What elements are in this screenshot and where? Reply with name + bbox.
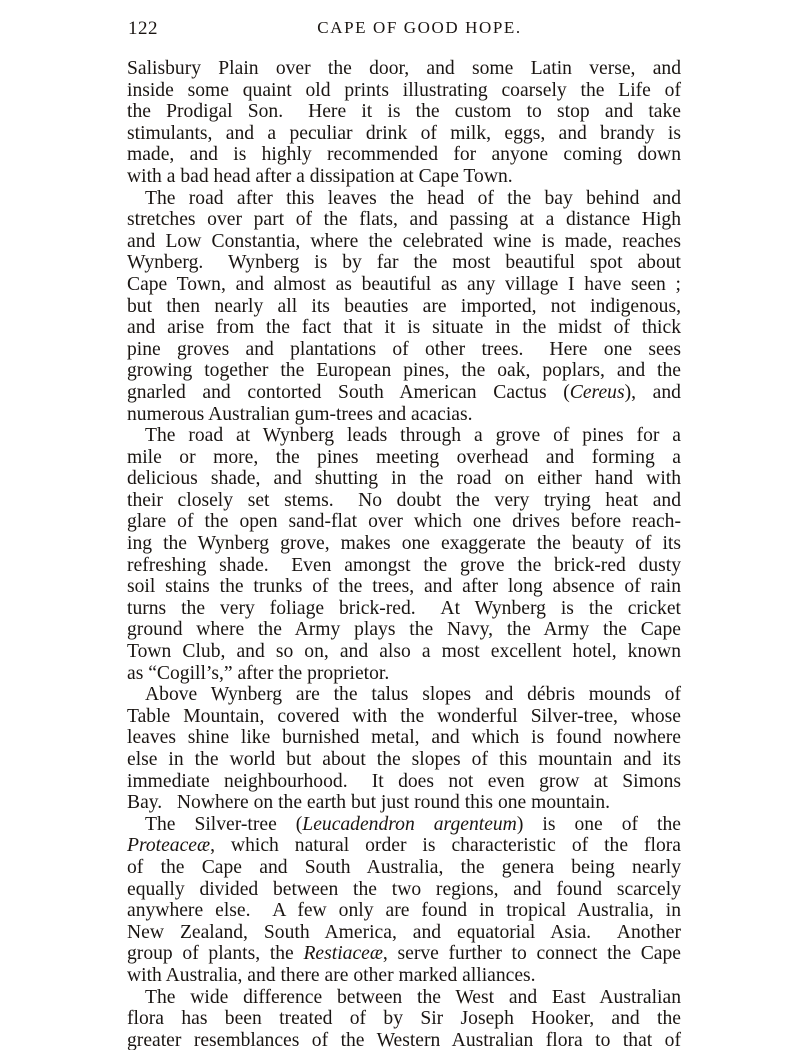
text-line: soil stains the trunks of the trees, and… [127, 576, 681, 598]
italic-term: Proteaceæ [127, 835, 210, 856]
text-line: pine groves and plantations of other tre… [127, 339, 681, 361]
paragraph: The road at Wynberg leads through a grov… [127, 425, 681, 684]
text-line: refreshing shade. Even amongst the grove… [127, 555, 681, 577]
paragraph: The wide difference between the West and… [127, 987, 681, 1050]
text-line: else in the world but about the slopes o… [127, 749, 681, 771]
text-line: leaves shine like burnished metal, and w… [127, 727, 681, 749]
running-title: CAPE OF GOOD HOPE. [128, 18, 681, 38]
text-line: with a bad head after a dissipation at C… [127, 166, 681, 188]
text-line: Table Mountain, covered with the wonderf… [127, 706, 681, 728]
text-line: group of plants, the Restiaceæ, serve fu… [127, 943, 681, 965]
text-line: equally divided between the two regions,… [127, 879, 681, 901]
text-line: made, and is highly recommended for anyo… [127, 144, 681, 166]
text-line: inside some quaint old prints illustrati… [127, 80, 681, 102]
text-line: of the Cape and South Australia, the gen… [127, 857, 681, 879]
text-line: flora has been treated of by Sir Joseph … [127, 1008, 681, 1030]
text-line: Proteaceæ, which natural order is charac… [127, 835, 681, 857]
text-line: immediate neighbourhood. It does not eve… [127, 771, 681, 793]
text-line: stimulants, and a peculiar drink of milk… [127, 123, 681, 145]
italic-term: Cereus [570, 382, 625, 403]
paragraph: Salisbury Plain over the door, and some … [127, 58, 681, 188]
body-text: Salisbury Plain over the door, and some … [127, 58, 681, 1050]
text-line: ing the Wynberg grove, makes one exagger… [127, 533, 681, 555]
text-line: The Silver-tree (Leucadendron argenteum)… [127, 814, 681, 836]
text-line: Town Club, and so on, and also a most ex… [127, 641, 681, 663]
text-line: stretches over part of the flats, and pa… [127, 209, 681, 231]
paragraph: The road after this leaves the head of t… [127, 188, 681, 426]
text-line: ground where the Army plays the Navy, th… [127, 619, 681, 641]
text-line: The road at Wynberg leads through a grov… [127, 425, 681, 447]
text-line: and Low Constantia, where the celebrated… [127, 231, 681, 253]
text-line: anywhere else. A few only are found in t… [127, 900, 681, 922]
text-line: and arise from the fact that it is situa… [127, 317, 681, 339]
italic-term: Restiaceæ [303, 943, 382, 964]
text-line: with Australia, and there are other mark… [127, 965, 681, 987]
text-line: their closely set stems. No doubt the ve… [127, 490, 681, 512]
text-line: delicious shade, and shutting in the roa… [127, 468, 681, 490]
text-line: glare of the open sand-flat over which o… [127, 511, 681, 533]
text-line: turns the very foliage brick-red. At Wyn… [127, 598, 681, 620]
page-header: 122 CAPE OF GOOD HOPE. [128, 18, 681, 46]
text-line: Above Wynberg are the talus slopes and d… [127, 684, 681, 706]
text-line: The road after this leaves the head of t… [127, 188, 681, 210]
text-line: Salisbury Plain over the door, and some … [127, 58, 681, 80]
text-line: The wide difference between the West and… [127, 987, 681, 1009]
paragraph: Above Wynberg are the talus slopes and d… [127, 684, 681, 814]
text-line: the Prodigal Son. Here it is the custom … [127, 101, 681, 123]
text-line: numerous Australian gum-trees and acacia… [127, 404, 681, 426]
text-line: growing together the European pines, the… [127, 360, 681, 382]
text-line: greater resemblances of the Western Aust… [127, 1030, 681, 1050]
text-line: gnarled and contorted South American Cac… [127, 382, 681, 404]
text-line: as “Cogill’s,” after the proprietor. [127, 663, 681, 685]
text-line: Wynberg. Wynberg is by far the most beau… [127, 252, 681, 274]
text-line: mile or more, the pines meeting overhead… [127, 447, 681, 469]
text-line: Cape Town, and almost as beautiful as an… [127, 274, 681, 296]
text-line: Bay. Nowhere on the earth but just round… [127, 792, 681, 814]
italic-term: Leucadendron argenteum [302, 814, 517, 835]
text-line: but then nearly all its beauties are imp… [127, 296, 681, 318]
text-line: New Zealand, South America, and equatori… [127, 922, 681, 944]
paragraph: The Silver-tree (Leucadendron argenteum)… [127, 814, 681, 987]
